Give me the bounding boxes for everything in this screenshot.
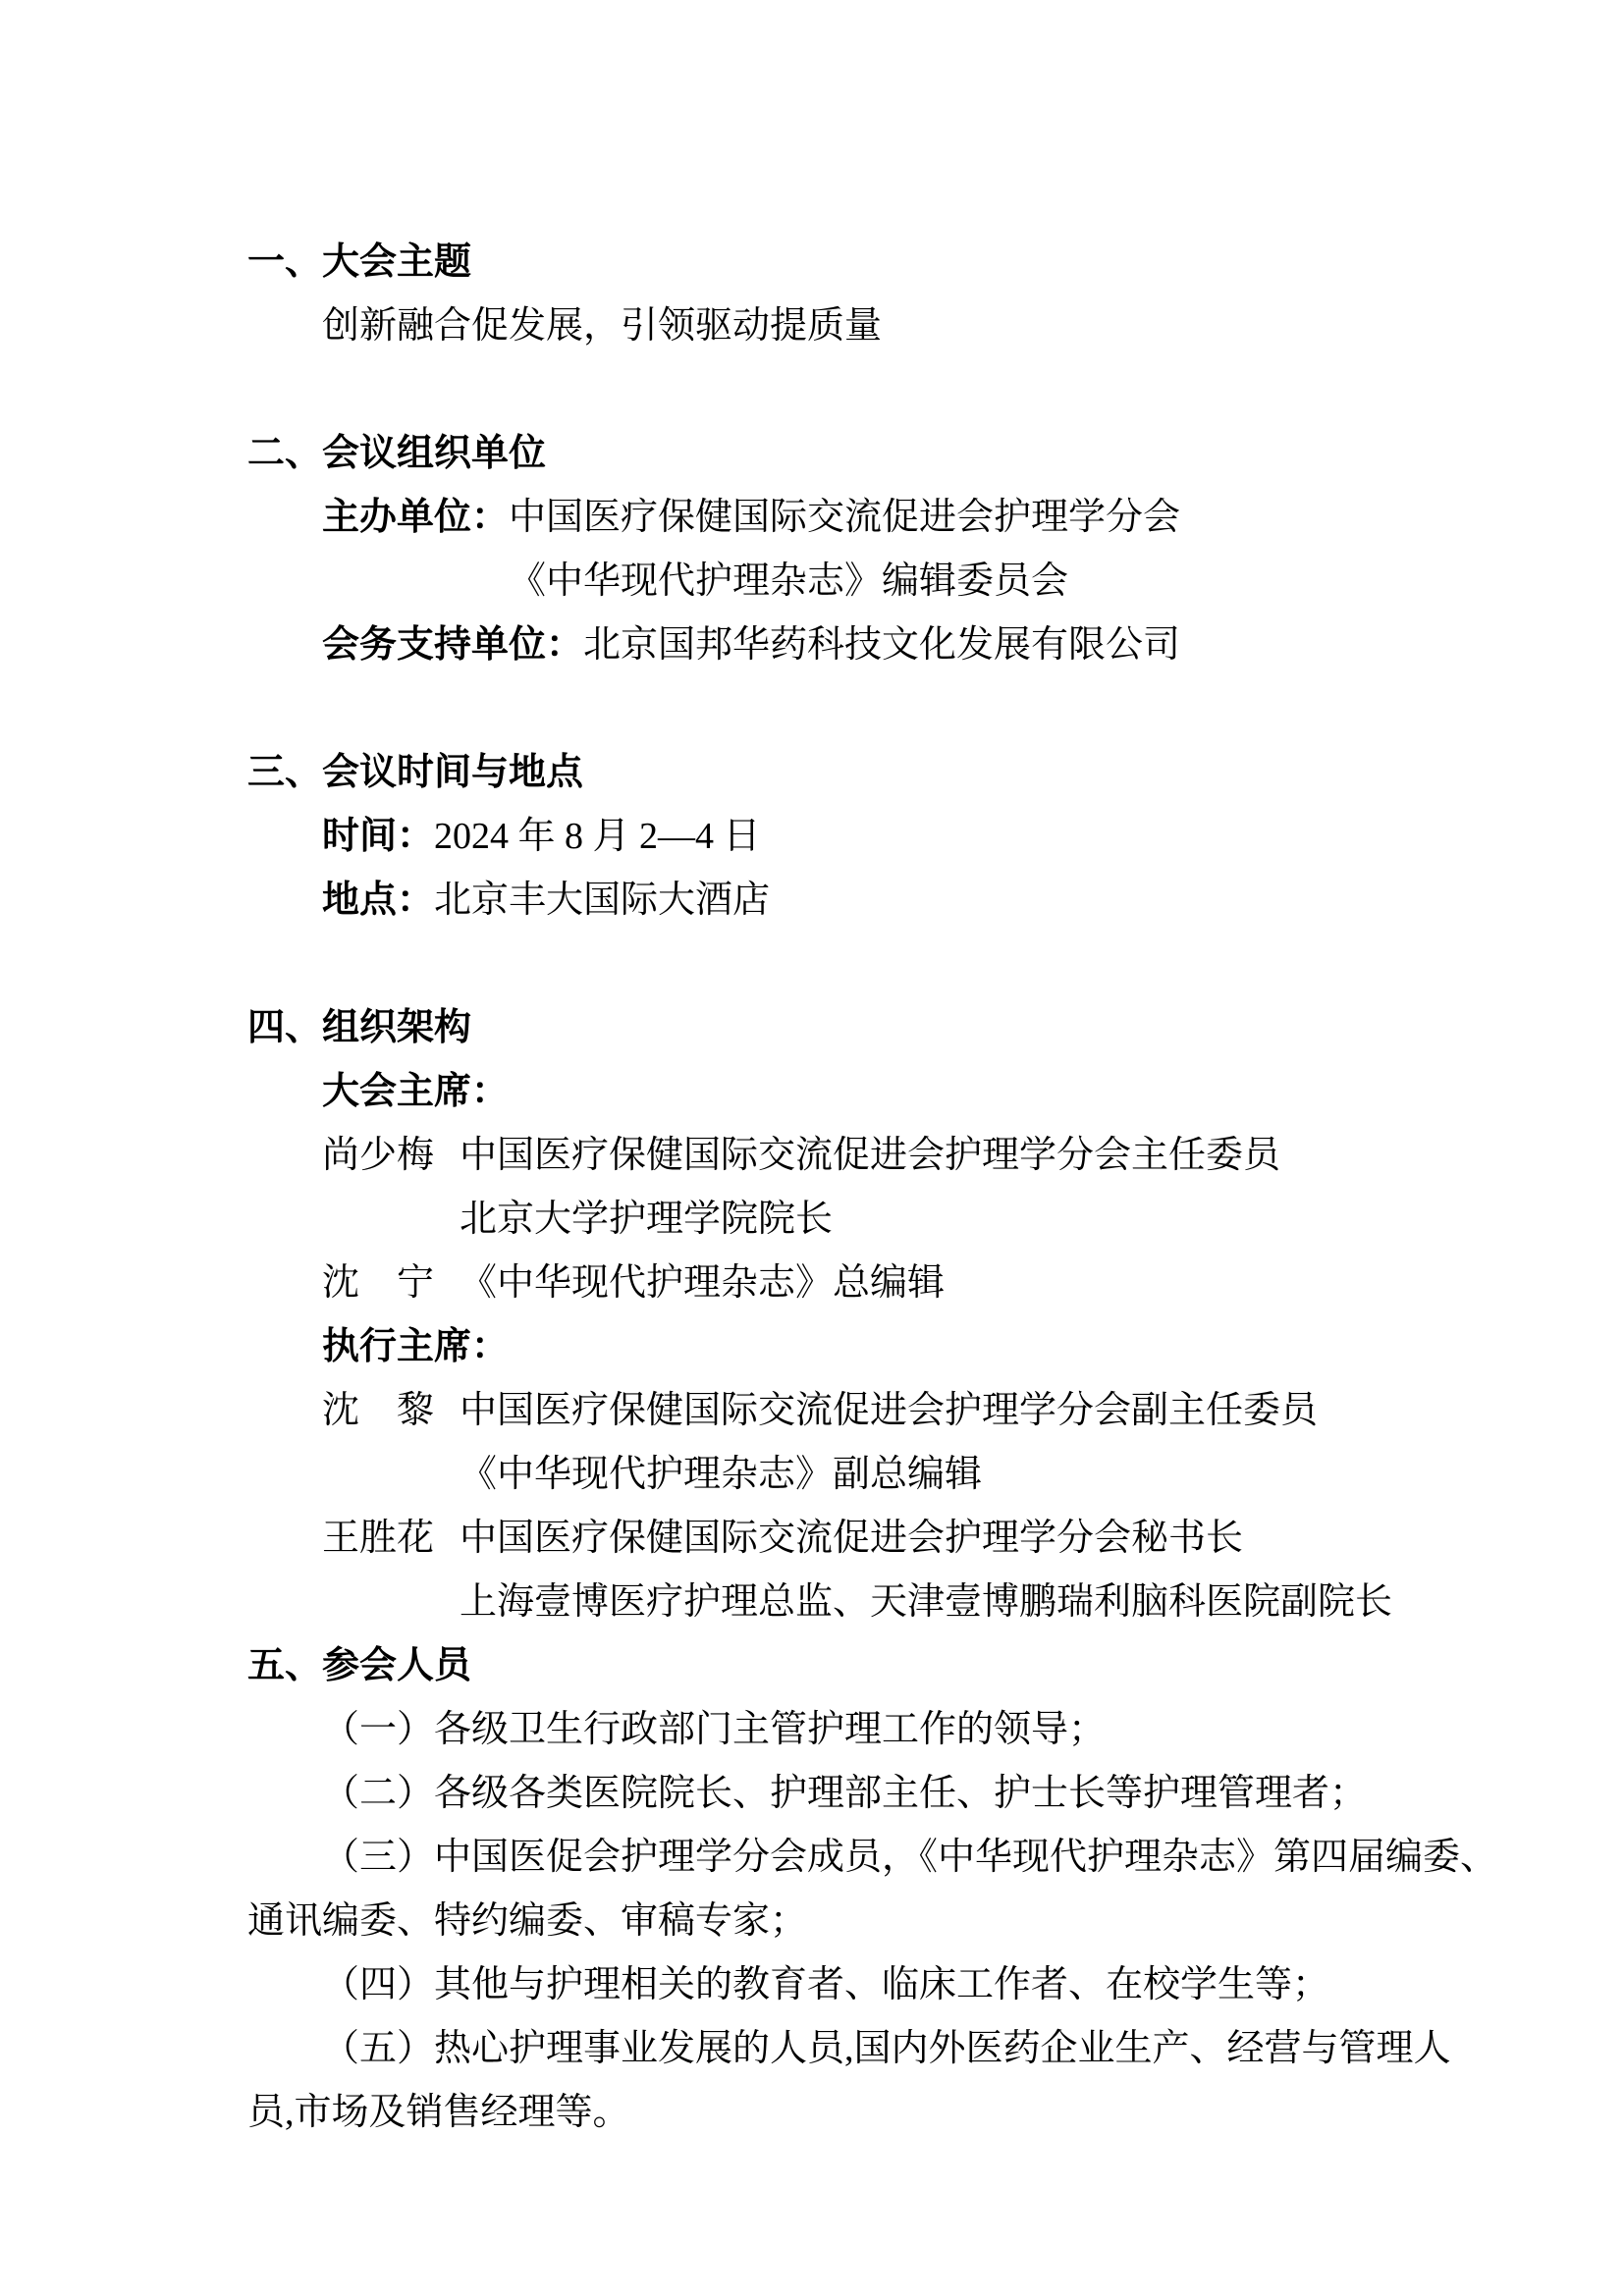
chair-name: 沈 宁: [322, 1252, 434, 1315]
time-value: 2024 年 8 月 2—4 日: [434, 816, 761, 857]
host-unit-value-2: 《中华现代护理杂志》编辑委员会: [509, 561, 1068, 602]
section-1-heading: 一、大会主题: [247, 231, 1396, 294]
spacer: [247, 933, 1396, 996]
venue-line: 地点：北京丰大国际大酒店: [247, 869, 1396, 933]
support-unit-line: 会务支持单位：北京国邦华药科技文化发展有限公司: [247, 614, 1396, 677]
exec-chair-row-continuation: 《中华现代护理杂志》副总编辑: [247, 1443, 1396, 1507]
section-5-heading: 五、参会人员: [247, 1634, 1396, 1698]
time-line: 时间：2024 年 8 月 2—4 日: [247, 805, 1396, 869]
exec-chair-label-line: 执行主席：: [247, 1315, 1396, 1379]
host-unit-line-1: 主办单位：中国医疗保健国际交流促进会护理学分会: [247, 486, 1396, 550]
exec-chair-row: 王胜花中国医疗保健国际交流促进会护理学分会秘书长: [247, 1507, 1396, 1571]
exec-chair-title: 中国医疗保健国际交流促进会护理学分会秘书长: [460, 1518, 1243, 1559]
chair-row-continuation: 北京大学护理学院院长: [247, 1188, 1396, 1252]
chair-name: 尚少梅: [322, 1124, 434, 1188]
host-unit-label: 主办单位：: [322, 497, 509, 538]
document-content: 一、大会主题 创新融合促发展，引领驱动提质量 二、会议组织单位 主办单位：中国医…: [247, 231, 1396, 2145]
support-unit-value: 北京国邦华药科技文化发展有限公司: [583, 624, 1180, 666]
section-3-heading: 三、会议时间与地点: [247, 741, 1396, 805]
participant-item: （一）各级卫生行政部门主管护理工作的领导；: [247, 1698, 1396, 1762]
chair-title: 北京大学护理学院院长: [460, 1199, 833, 1240]
exec-chair-title: 中国医疗保健国际交流促进会护理学分会副主任委员: [460, 1390, 1318, 1431]
participant-item-continuation: 通讯编委、特约编委、审稿专家；: [247, 1890, 1396, 1953]
document-page: 一、大会主题 创新融合促发展，引领驱动提质量 二、会议组织单位 主办单位：中国医…: [0, 0, 1624, 2296]
conference-theme: 创新融合促发展，引领驱动提质量: [247, 294, 1396, 358]
chair-label-line: 大会主席：: [247, 1060, 1396, 1124]
participant-item: （四）其他与护理相关的教育者、临床工作者、在校学生等；: [247, 1953, 1396, 2017]
chair-title: 《中华现代护理杂志》总编辑: [460, 1262, 945, 1304]
host-unit-value-1: 中国医疗保健国际交流促进会护理学分会: [509, 497, 1180, 538]
section-2-heading: 二、会议组织单位: [247, 422, 1396, 486]
participant-item: （三）中国医促会护理学分会成员，《中华现代护理杂志》第四届编委、: [247, 1826, 1396, 1890]
chair-title: 中国医疗保健国际交流促进会护理学分会主任委员: [460, 1135, 1280, 1176]
exec-chair-title: 《中华现代护理杂志》副总编辑: [460, 1454, 982, 1495]
exec-chair-row-continuation: 上海壹博医疗护理总监、天津壹博鹏瑞利脑科医院副院长: [247, 1571, 1396, 1634]
exec-chair-row: 沈 黎中国医疗保健国际交流促进会护理学分会副主任委员: [247, 1379, 1396, 1443]
exec-chair-name: 沈 黎: [322, 1379, 434, 1443]
spacer: [247, 677, 1396, 741]
participant-item: （二）各级各类医院院长、护理部主任、护士长等护理管理者；: [247, 1762, 1396, 1826]
host-unit-line-2: 《中华现代护理杂志》编辑委员会: [247, 550, 1396, 614]
venue-value: 北京丰大国际大酒店: [434, 880, 770, 921]
chair-row: 沈 宁《中华现代护理杂志》总编辑: [247, 1252, 1396, 1315]
participant-item: （五）热心护理事业发展的人员,国内外医药企业生产、经营与管理人: [247, 2017, 1396, 2081]
venue-label: 地点：: [322, 880, 434, 921]
support-unit-label: 会务支持单位：: [322, 624, 583, 666]
exec-chair-name: 王胜花: [322, 1507, 434, 1571]
participant-item-continuation: 员,市场及销售经理等。: [247, 2081, 1396, 2145]
spacer: [247, 358, 1396, 422]
chair-row: 尚少梅中国医疗保健国际交流促进会护理学分会主任委员: [247, 1124, 1396, 1188]
section-4-heading: 四、组织架构: [247, 996, 1396, 1060]
time-label: 时间：: [322, 816, 434, 857]
exec-chair-title: 上海壹博医疗护理总监、天津壹博鹏瑞利脑科医院副院长: [460, 1581, 1392, 1623]
